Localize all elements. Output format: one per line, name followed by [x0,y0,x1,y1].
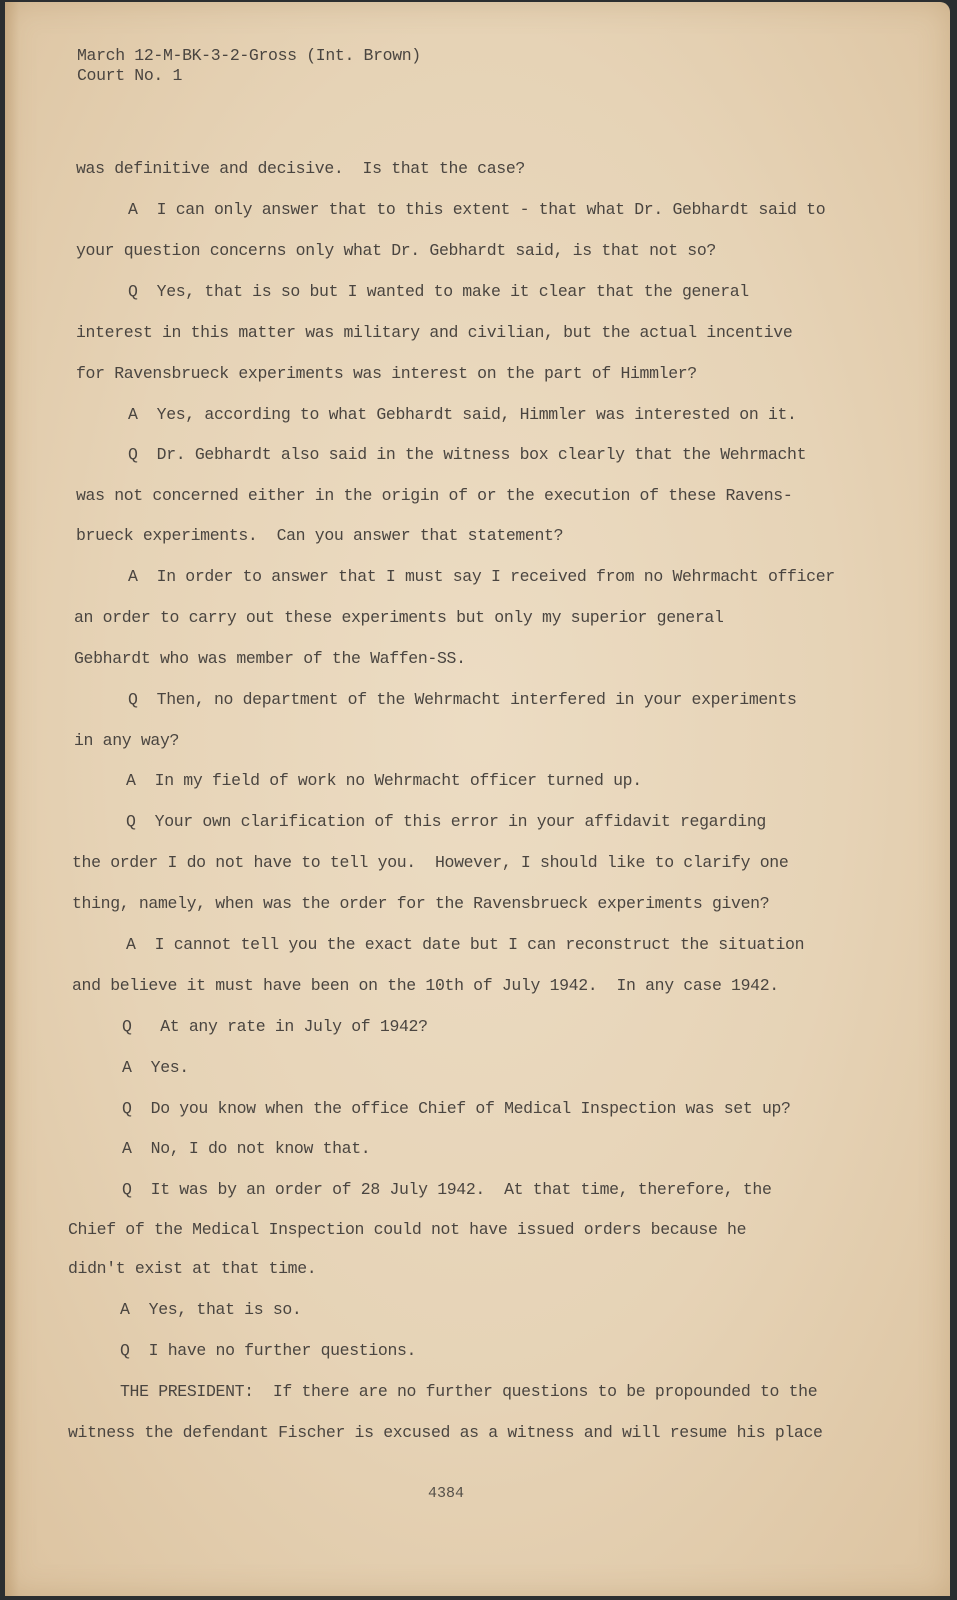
transcript-line: A In my field of work no Wehrmacht offic… [126,771,642,790]
transcript-line: A Yes. [122,1058,189,1077]
transcript-line: in any way? [74,731,179,750]
transcript-line: and believe it must have been on the 10t… [72,976,779,995]
transcript-line: Q I have no further questions. [120,1341,416,1360]
transcript-line: Q Do you know when the office Chief of M… [122,1099,791,1118]
transcript-line: Q Yes, that is so but I wanted to make i… [128,282,749,301]
transcript-line: A I cannot tell you the exact date but I… [126,935,804,954]
transcript-line: didn't exist at that time. [68,1259,316,1278]
document-page: March 12-M-BK-3-2-Gross (Int. Brown) Cou… [5,2,950,1596]
transcript-line: Q It was by an order of 28 July 1942. At… [122,1180,772,1199]
header-case-reference: March 12-M-BK-3-2-Gross (Int. Brown) [77,46,421,65]
transcript-line: Q Dr. Gebhardt also said in the witness … [128,445,806,464]
transcript-line: A In order to answer that I must say I r… [128,567,835,586]
transcript-line: witness the defendant Fischer is excused… [68,1423,823,1442]
transcript-line: Gebhardt who was member of the Waffen-SS… [74,649,466,668]
transcript-line: Chief of the Medical Inspection could no… [68,1220,746,1239]
transcript-line: an order to carry out these experiments … [74,608,724,627]
transcript-line: A I can only answer that to this extent … [128,200,825,219]
page-number: 4384 [428,1485,464,1502]
transcript-line: brueck experiments. Can you answer that … [76,526,563,545]
transcript-line: the order I do not have to tell you. How… [72,853,788,872]
transcript-line: A Yes, according to what Gebhardt said, … [128,405,797,424]
transcript-line: Q At any rate in July of 1942? [122,1017,428,1036]
header-court-number: Court No. 1 [77,66,182,85]
transcript-line: A No, I do not know that. [122,1139,370,1158]
transcript-line: your question concerns only what Dr. Geb… [76,241,716,260]
transcript-line: interest in this matter was military and… [76,323,792,342]
transcript-line: thing, namely, when was the order for th… [72,894,769,913]
transcript-line: THE PRESIDENT: If there are no further q… [120,1382,817,1401]
transcript-line: for Ravensbrueck experiments was interes… [76,364,697,383]
transcript-line: Q Then, no department of the Wehrmacht i… [128,690,797,709]
transcript-line: Q Your own clarification of this error i… [126,812,766,831]
transcript-line: was definitive and decisive. Is that the… [76,159,525,178]
transcript-line: was not concerned either in the origin o… [76,486,792,505]
transcript-line: A Yes, that is so. [120,1300,301,1319]
